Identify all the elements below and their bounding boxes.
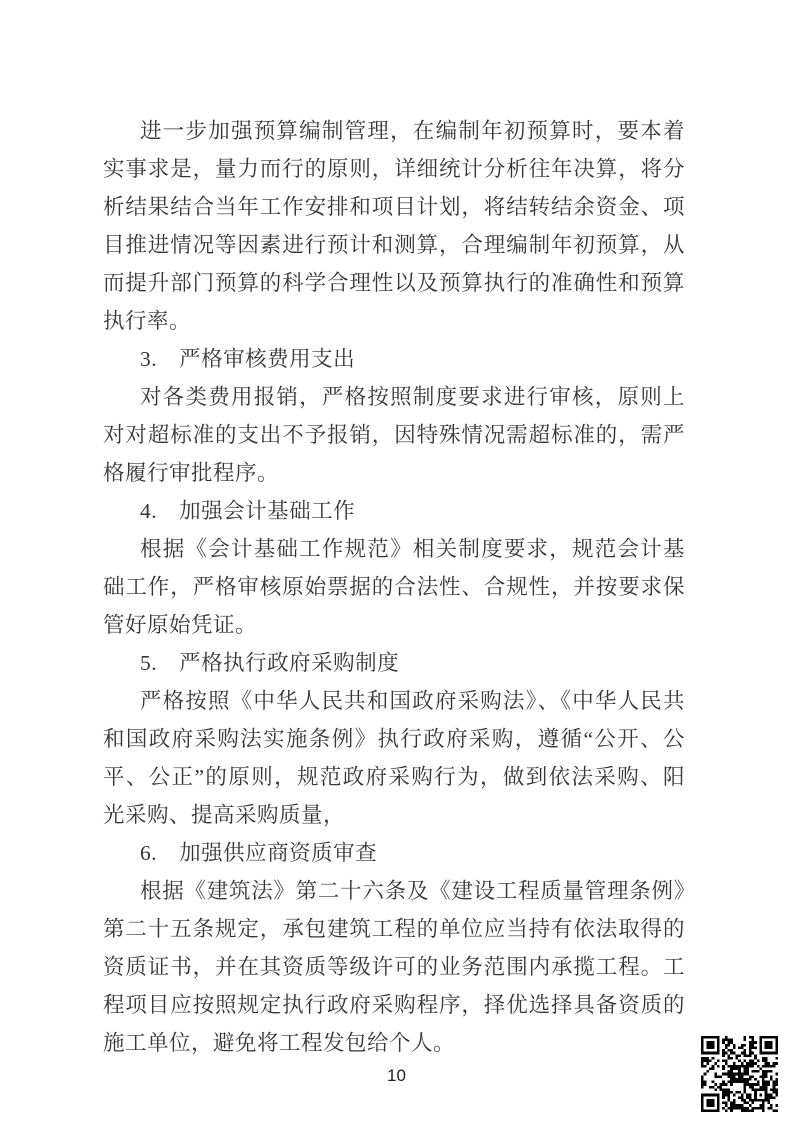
document-body: 进一步加强预算编制管理，在编制年初预算时，要本着实事求是，量力而行的原则，详细统… [103, 112, 685, 1062]
heading-5-government-procurement: 5. 严格执行政府采购制度 [103, 644, 685, 682]
paragraph-expense-review: 对各类费用报销，严格按照制度要求进行审核，原则上对对超标准的支出不予报销，因特殊… [103, 378, 685, 492]
heading-3-expense-review: 3. 严格审核费用支出 [103, 340, 685, 378]
heading-6-supplier-qualification: 6. 加强供应商资质审查 [103, 834, 685, 872]
paragraph-budget-preparation: 进一步加强预算编制管理，在编制年初预算时，要本着实事求是，量力而行的原则，详细统… [103, 112, 685, 340]
page-number: 10 [0, 1066, 793, 1086]
document-page: 进一步加强预算编制管理，在编制年初预算时，要本着实事求是，量力而行的原则，详细统… [0, 0, 793, 1122]
paragraph-supplier-qualification: 根据《建筑法》第二十六条及《建设工程质量管理条例》第二十五条规定，承包建筑工程的… [103, 872, 685, 1062]
paragraph-accounting-basics: 根据《会计基础工作规范》相关制度要求，规范会计基础工作，严格审核原始票据的合法性… [103, 530, 685, 644]
qr-code-icon [701, 1036, 778, 1112]
heading-4-accounting-basics: 4. 加强会计基础工作 [103, 492, 685, 530]
paragraph-government-procurement: 严格按照《中华人民共和国政府采购法》、《中华人民共和国政府采购法实施条例》执行政… [103, 682, 685, 834]
